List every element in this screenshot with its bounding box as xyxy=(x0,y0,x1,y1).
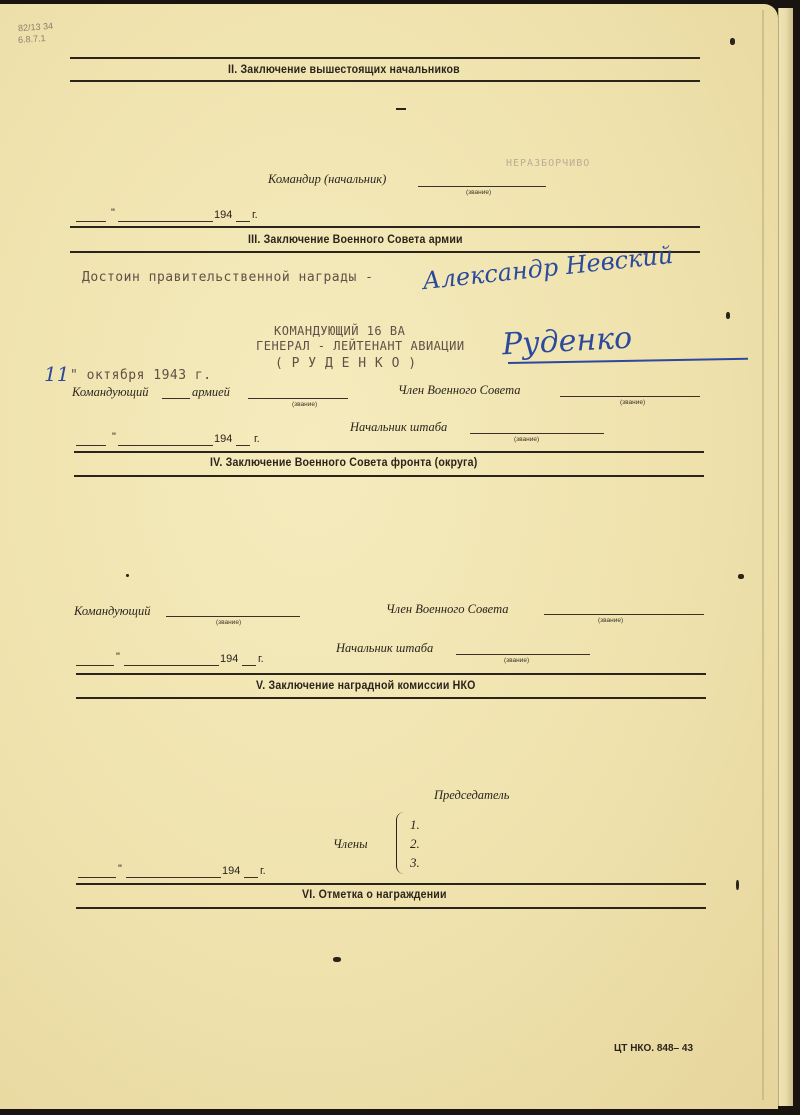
council-member-rank-field[interactable] xyxy=(560,396,700,397)
stamp-line-1: КОМАНДУЮЩИЙ 16 ВА xyxy=(274,324,405,338)
stamp-line-3: ( Р У Д Е Н К О ) xyxy=(275,356,417,371)
commander-label: Командир (начальник) xyxy=(268,172,386,187)
date-year-field[interactable] xyxy=(236,221,250,222)
date-quote: " xyxy=(118,863,122,875)
members-label: Члены xyxy=(333,837,368,852)
date-month-field[interactable] xyxy=(118,445,213,446)
rank-hint: (звание) xyxy=(598,617,623,624)
section5-bottom-rule xyxy=(76,697,706,699)
date-quote: " xyxy=(111,207,115,219)
handwritten-day: 11 xyxy=(44,362,69,386)
section6-bottom-rule xyxy=(76,907,706,909)
chief-of-staff-rank-field[interactable] xyxy=(470,433,604,434)
section5-title: V. Заключение наградной комиссии НКО xyxy=(256,680,476,692)
section2-top-rule xyxy=(70,57,700,59)
speck xyxy=(730,38,735,45)
date-month-field[interactable] xyxy=(118,221,213,222)
commander-signature: Руденко xyxy=(501,321,633,363)
section2-title: II. Заключение вышестоящих начальников xyxy=(228,64,460,76)
stamp-line-2: ГЕНЕРАЛ - ЛЕЙТЕНАНТ АВИАЦИИ xyxy=(256,339,465,353)
typed-date: " октября 1943 г. xyxy=(70,368,212,383)
section6-title: VI. Отметка о награждении xyxy=(302,889,447,901)
date-year-field[interactable] xyxy=(244,877,258,878)
front-chief-of-staff-label: Начальник штаба xyxy=(336,641,433,656)
front-council-member-rank-field[interactable] xyxy=(544,614,704,615)
date-year-suffix: г. xyxy=(254,433,260,445)
section6-top-rule xyxy=(76,883,706,885)
army-commander-rank-field[interactable] xyxy=(248,398,348,399)
page-edge xyxy=(778,8,793,1106)
faint-stamp: НЕРАЗБОРЧИВО xyxy=(506,158,590,169)
rank-hint: (звание) xyxy=(504,657,529,664)
date-day-field[interactable] xyxy=(76,445,106,446)
section4-bottom-rule xyxy=(74,475,704,477)
member-1: 1. xyxy=(410,817,420,833)
front-chief-of-staff-rank-field[interactable] xyxy=(456,654,590,655)
chief-of-staff-label: Начальник штаба xyxy=(350,420,447,435)
date-year-field[interactable] xyxy=(236,445,250,446)
dash-mark xyxy=(396,108,406,110)
date-day-field[interactable] xyxy=(76,221,106,222)
speck xyxy=(726,312,730,319)
rank-hint: (звание) xyxy=(466,189,491,196)
section3-top-rule xyxy=(70,226,700,228)
date-quote: " xyxy=(116,651,120,663)
date-month-field[interactable] xyxy=(124,665,219,666)
date-year-prefix: 194 xyxy=(222,865,240,877)
date-year-suffix: г. xyxy=(252,209,258,221)
date-year-suffix: г. xyxy=(258,653,264,665)
members-brace xyxy=(396,812,407,874)
rank-hint: (звание) xyxy=(216,619,241,626)
member-2: 2. xyxy=(410,836,420,852)
archive-mark-line2: 6.8.7.1 xyxy=(18,33,46,45)
speck xyxy=(736,880,739,890)
section4-top-rule xyxy=(74,451,704,453)
council-member-label: Член Военного Совета xyxy=(398,383,521,398)
date-day-field[interactable] xyxy=(78,877,116,878)
rank-hint: (звание) xyxy=(620,399,645,406)
army-commander-label: Командующий xyxy=(72,385,148,400)
rank-hint: (звание) xyxy=(292,401,317,408)
fold-line xyxy=(762,10,764,1100)
section4-title: IV. Заключение Военного Совета фронта (о… xyxy=(210,457,477,469)
member-3: 3. xyxy=(410,855,420,871)
speck xyxy=(126,574,129,577)
chairman-label: Председатель xyxy=(434,788,509,803)
date-month-field[interactable] xyxy=(126,877,221,878)
army-number-field[interactable] xyxy=(162,398,190,399)
date-day-field[interactable] xyxy=(76,665,114,666)
front-commander-rank-field[interactable] xyxy=(166,616,300,617)
date-year-field[interactable] xyxy=(242,665,256,666)
date-year-suffix: г. xyxy=(260,865,266,877)
date-quote: " xyxy=(112,431,116,443)
speck xyxy=(333,957,341,962)
section2-bottom-rule xyxy=(70,80,700,82)
army-label: армией xyxy=(192,385,230,400)
speck xyxy=(738,574,744,579)
date-year-prefix: 194 xyxy=(214,433,232,445)
typed-conclusion: Достоин правительственной награды - xyxy=(82,270,373,285)
date-year-prefix: 194 xyxy=(214,209,232,221)
commander-rank-field[interactable] xyxy=(418,186,546,187)
front-commander-label: Командующий xyxy=(74,604,150,619)
document-page xyxy=(0,4,778,1109)
section5-top-rule xyxy=(76,673,706,675)
rank-hint: (звание) xyxy=(514,436,539,443)
front-council-member-label: Член Военного Совета xyxy=(386,602,509,617)
date-year-prefix: 194 xyxy=(220,653,238,665)
form-code: ЦТ НКО. 848– 43 xyxy=(614,1043,693,1054)
section3-title: III. Заключение Военного Совета армии xyxy=(248,234,463,246)
